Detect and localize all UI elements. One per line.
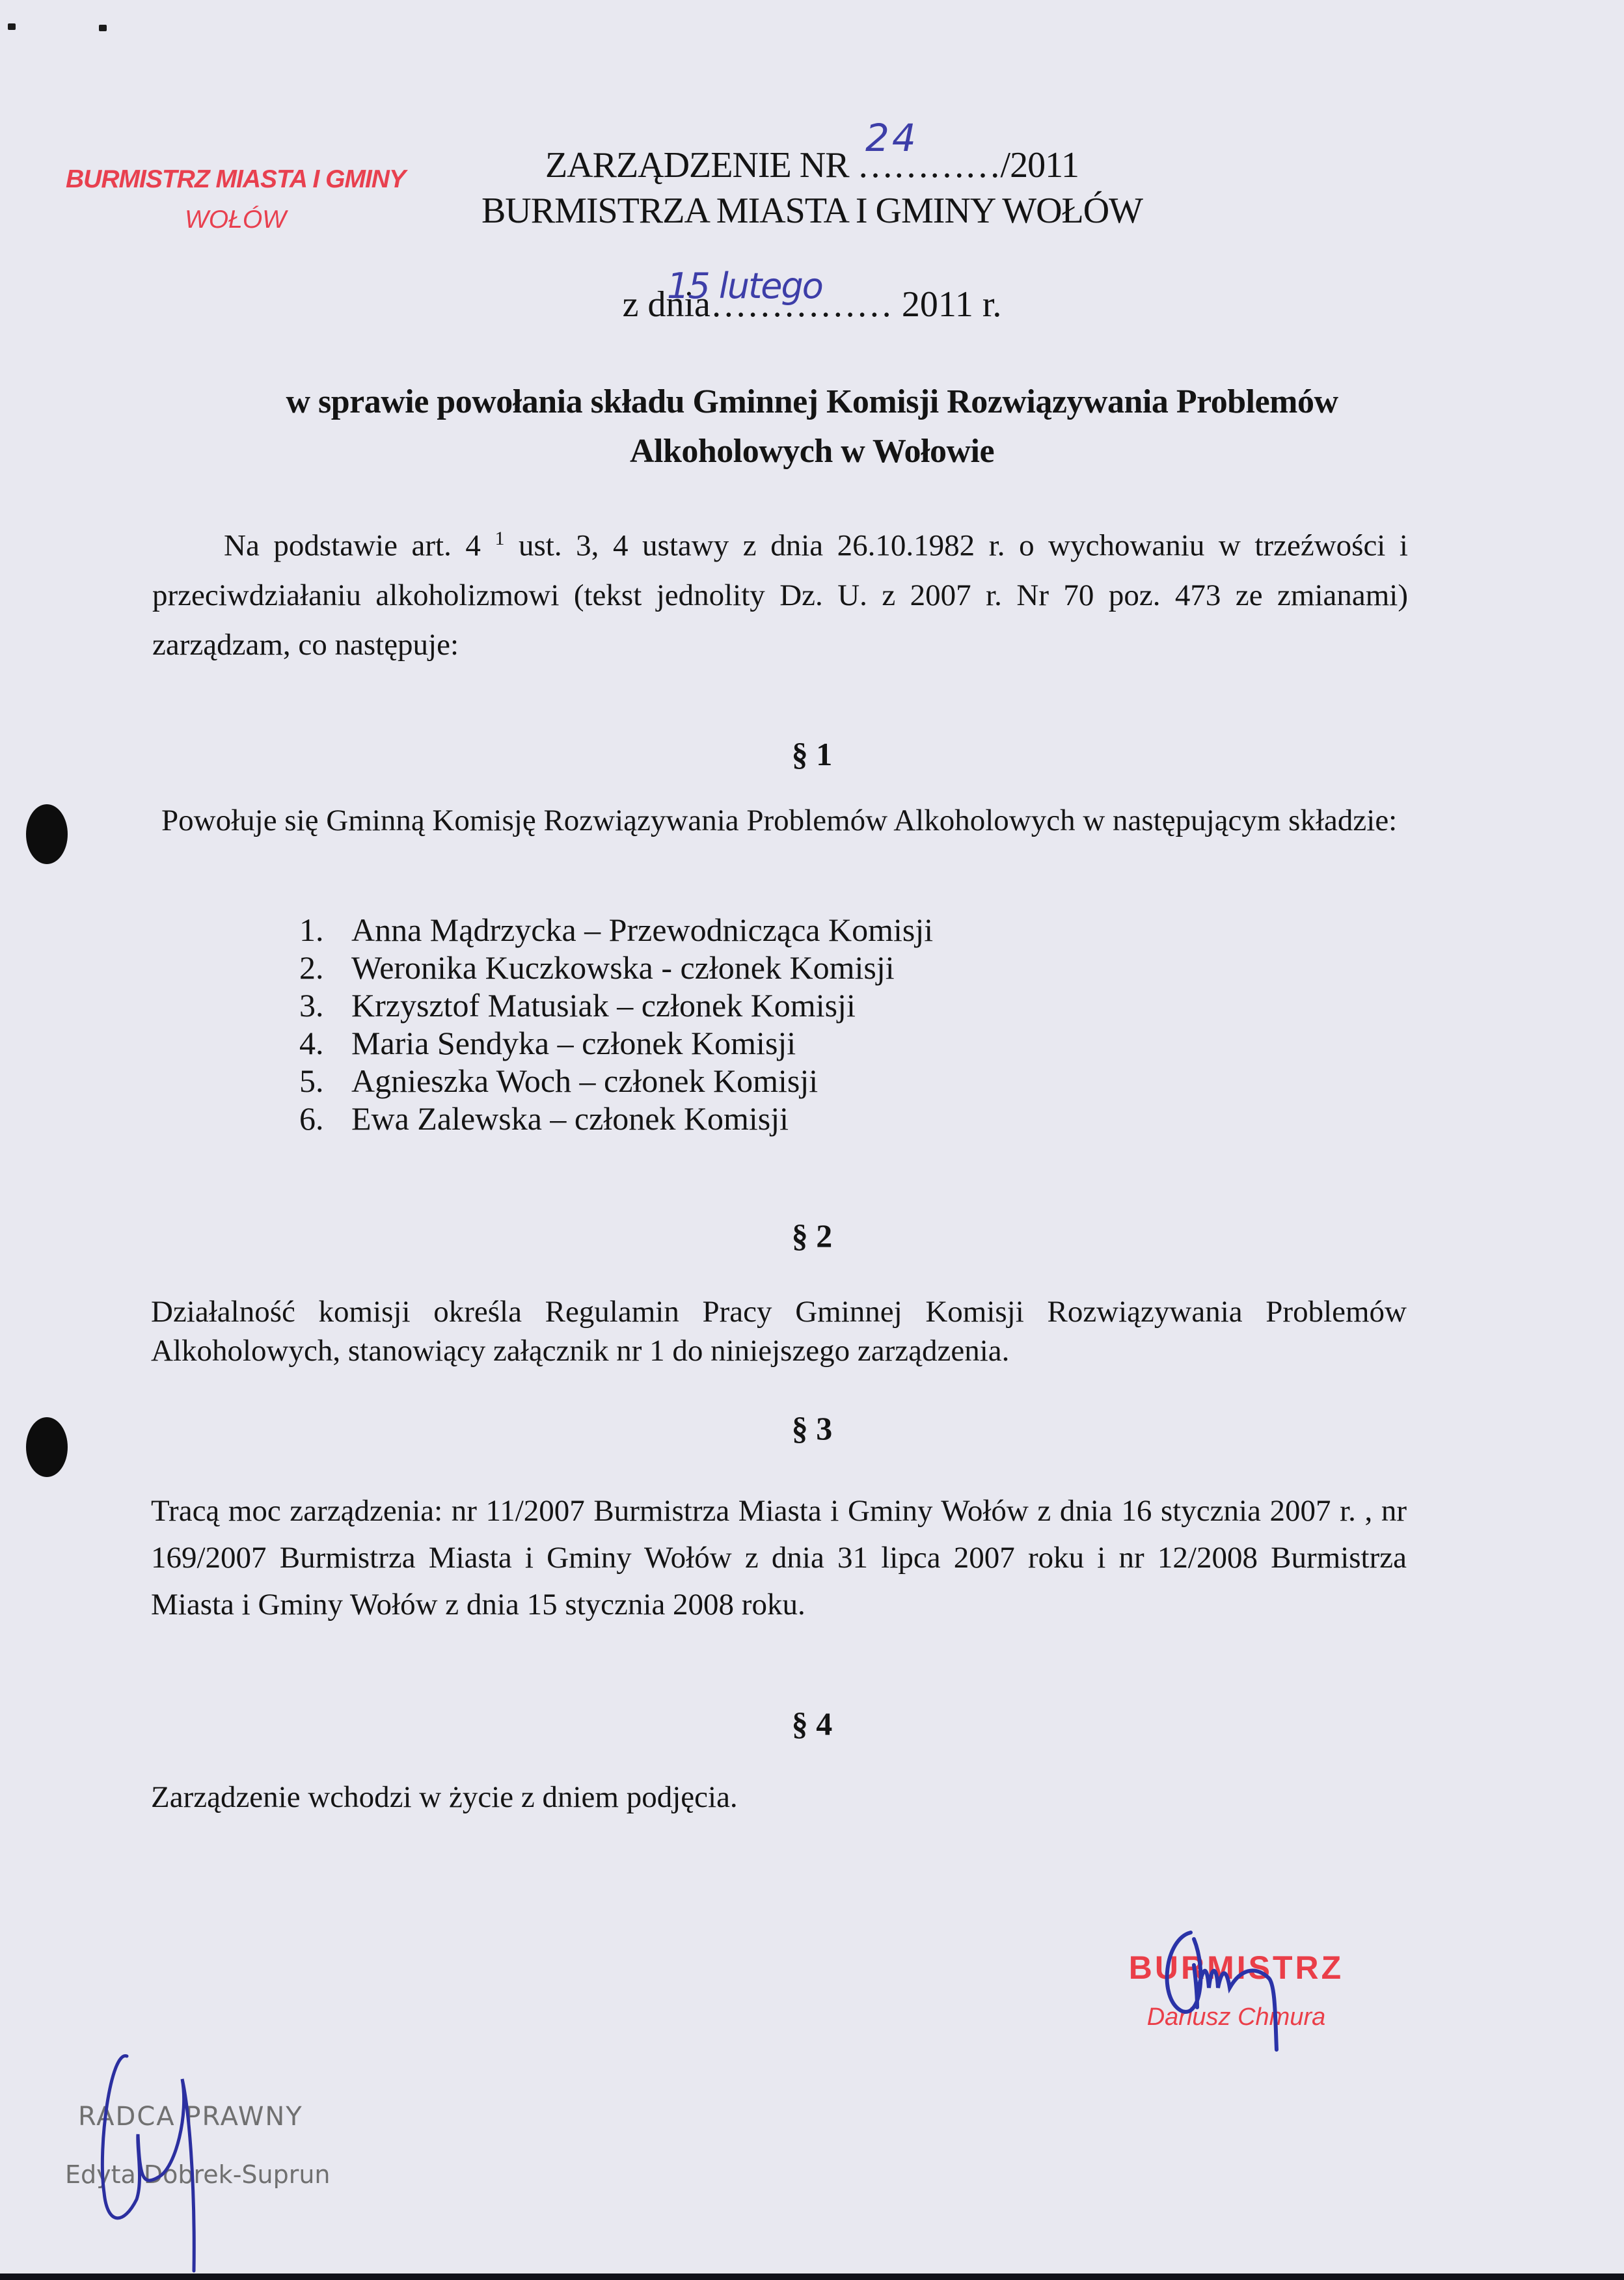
title-prefix: ZARZĄDZENIE NR xyxy=(545,145,858,185)
scanned-page: BURMISTRZ MIASTA I GMINY WOŁÓW ZARZĄDZEN… xyxy=(0,0,1624,2271)
list-item: 3.Krzysztof Matusiak – członek Komisji xyxy=(299,986,933,1024)
intro-text: Na podstawie art. 4 xyxy=(224,529,494,563)
list-number: 4. xyxy=(299,1024,351,1062)
member-list: 1.Anna Mądrzycka – Przewodnicząca Komisj… xyxy=(299,911,933,1137)
list-item: 1.Anna Mądrzycka – Przewodnicząca Komisj… xyxy=(299,911,933,949)
section-4-text: Zarządzenie wchodzi w życie z dniem podj… xyxy=(151,1772,1407,1822)
list-item: 6.Ewa Zalewska – członek Komisji xyxy=(299,1100,933,1137)
intro-superscript: 1 xyxy=(494,528,504,549)
list-number: 1. xyxy=(299,911,351,949)
member-entry: Maria Sendyka – członek Komisji xyxy=(351,1024,796,1062)
list-number: 6. xyxy=(299,1100,351,1137)
title-year: /2011 xyxy=(1001,145,1079,185)
scan-border xyxy=(0,2273,1624,2280)
member-entry: Weronika Kuczkowska - członek Komisji xyxy=(351,949,895,986)
list-item: 5.Agnieszka Woch – członek Komisji xyxy=(299,1062,933,1100)
handwritten-date: 15 lutego xyxy=(667,265,822,306)
legal-basis-paragraph: Na podstawie art. 4 1 ust. 3, 4 ustawy z… xyxy=(152,514,1408,670)
list-number: 2. xyxy=(299,949,351,986)
member-entry: Krzysztof Matusiak – członek Komisji xyxy=(351,986,856,1024)
section-heading-1: § 1 xyxy=(0,735,1624,773)
list-item: 2.Weronika Kuczkowska - członek Komisji xyxy=(299,949,933,986)
list-number: 5. xyxy=(299,1062,351,1100)
handwritten-number: 24 xyxy=(865,116,919,160)
subject-line-2: Alkoholowych w Wołowie xyxy=(0,427,1624,476)
section-3-text: Tracą moc zarządzenia: nr 11/2007 Burmis… xyxy=(151,1487,1407,1628)
list-item: 4.Maria Sendyka – członek Komisji xyxy=(299,1024,933,1062)
member-entry: Agnieszka Woch – członek Komisji xyxy=(351,1062,818,1100)
punch-hole xyxy=(26,804,68,864)
date-year: 2011 r. xyxy=(893,284,1001,325)
list-number: 3. xyxy=(299,986,351,1024)
legal-signature-icon xyxy=(98,2050,228,2280)
member-entry: Anna Mądrzycka – Przewodnicząca Komisji xyxy=(351,911,933,949)
document-title-number: ZARZĄDZENIE NR …………/2011 xyxy=(0,144,1624,186)
mayor-signature-icon xyxy=(1145,1926,1340,2056)
staple-hole xyxy=(8,23,16,30)
subject-line-1: w sprawie powołania składu Gminnej Komis… xyxy=(0,377,1624,427)
section-2-text: Działalność komisji określa Regulamin Pr… xyxy=(151,1292,1407,1370)
section-1-text: Powołuje się Gminną Komisję Rozwiązywani… xyxy=(161,802,1409,839)
section-heading-3: § 3 xyxy=(0,1409,1624,1447)
document-subject: w sprawie powołania składu Gminnej Komis… xyxy=(0,377,1624,476)
section-heading-2: § 2 xyxy=(0,1217,1624,1255)
member-entry: Ewa Zalewska – członek Komisji xyxy=(351,1100,789,1137)
staple-hole xyxy=(99,25,107,31)
document-title-issuer: BURMISTRZA MIASTA I GMINY WOŁÓW xyxy=(0,190,1624,232)
section-heading-4: § 4 xyxy=(0,1705,1624,1743)
